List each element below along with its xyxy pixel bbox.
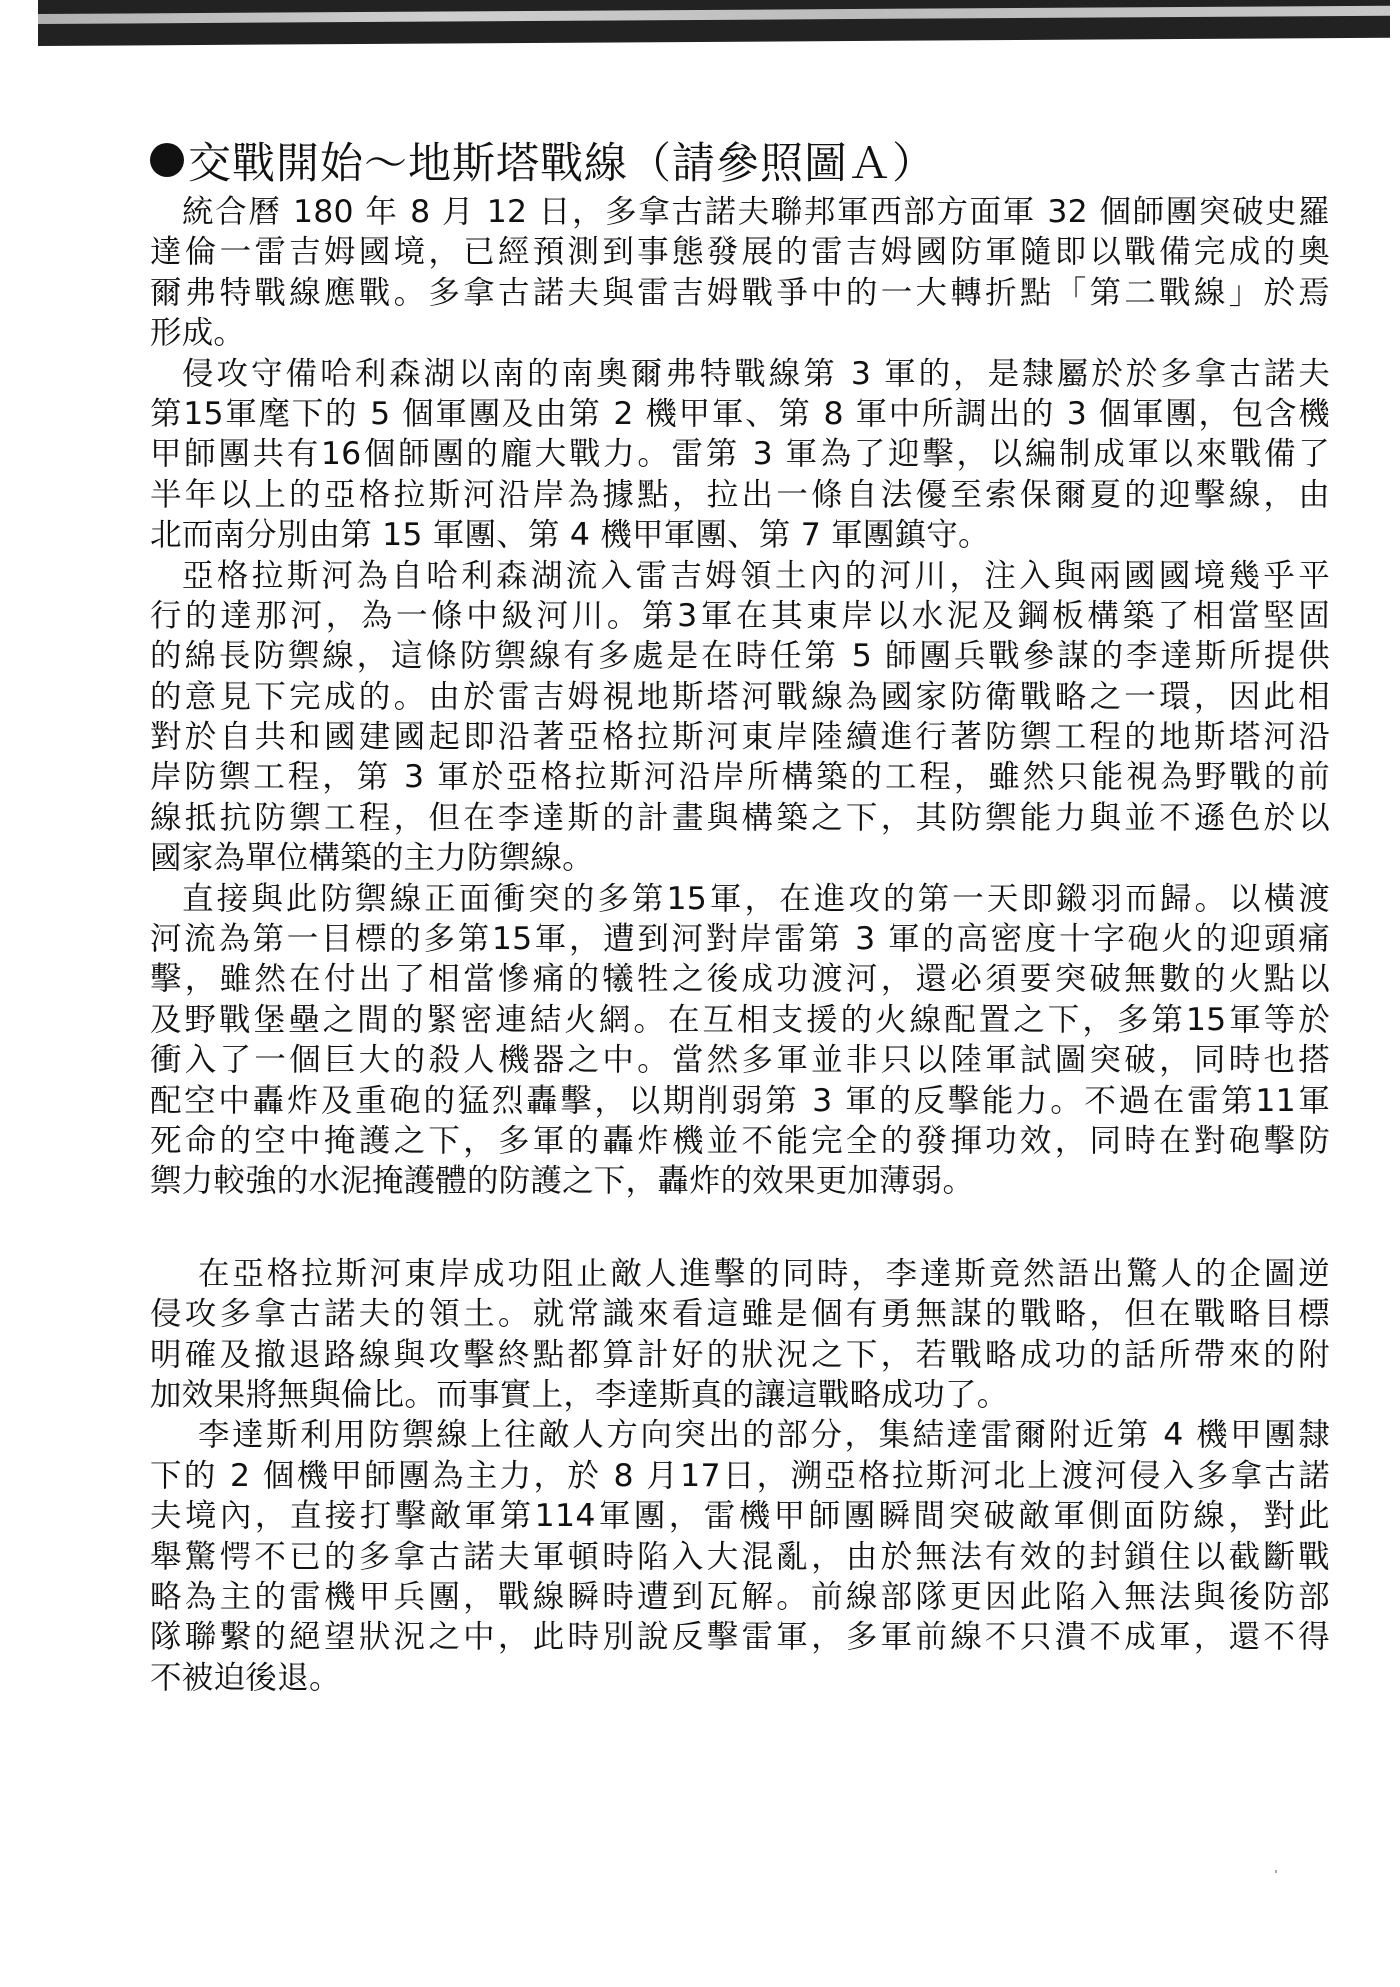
text-line: 達倫一雷吉姆國境，已經預測到事態發展的雷吉姆國防軍隨即以戰備完成的奧 [150, 232, 1330, 272]
text-line: 河流為第一目標的多第15軍，遭到河對岸雷第 3 軍的高密度十字砲火的迎頭痛 [150, 919, 1330, 959]
text-line: 禦力較強的水泥掩護體的防護之下，轟炸的效果更加薄弱。 [150, 1161, 1330, 1201]
text-line: 夫境內，直接打擊敵軍第114軍團，雷機甲師團瞬間突破敵軍側面防線，對此 [150, 1496, 1330, 1536]
text-line: 北而南分別由第 15 軍團、第 4 機甲軍團、第 7 軍團鎮守。 [150, 515, 1330, 555]
scan-speck [1038, 1302, 1040, 1305]
text-line: 侵攻守備哈利森湖以南的南奧爾弗特戰線第 3 軍的，是隸屬於於多拿古諾夫 [150, 354, 1330, 394]
text-line: 第15軍麾下的 5 個軍團及由第 2 機甲軍、第 8 軍中所調出的 3 個軍團，… [150, 394, 1330, 434]
text-line: 加效果將無與倫比。而事實上，李達斯真的讓這戰略成功了。 [150, 1375, 1330, 1415]
section-heading-text: 交戰開始～地斯塔戰線（請參照圖Ａ） [188, 130, 936, 191]
section-a-body: 統合曆 180 年 8 月 12 日，多拿古諾夫聯邦軍西部方面軍 32 個師團突… [150, 192, 1330, 1202]
text-line: 略為主的雷機甲兵團，戰線瞬時遭到瓦解。前線部隊更因此陷入無法與後防部 [150, 1577, 1330, 1617]
paragraph: 侵攻守備哈利森湖以南的南奧爾弗特戰線第 3 軍的，是隸屬於於多拿古諾夫 第15軍… [150, 354, 1330, 556]
text-line: 侵攻多拿古諾夫的領土。就常識來看這雖是個有勇無謀的戰略，但在戰略目標 [150, 1294, 1330, 1334]
text-line: 舉驚愕不已的多拿古諾夫軍頓時陷入大混亂，由於無法有效的封鎖住以截斷戰 [150, 1537, 1330, 1577]
section-heading: 交戰開始～地斯塔戰線（請參照圖Ａ） [150, 128, 1330, 192]
paragraph: 亞格拉斯河為自哈利森湖流入雷吉姆領土內的河川，注入與兩國國境幾乎平 行的達那河，… [150, 556, 1330, 879]
text-line: 不被迫後退。 [150, 1658, 1330, 1698]
text-line: 擊，雖然在付出了相當慘痛的犧牲之後成功渡河，還必須要突破無數的火點以 [150, 959, 1330, 999]
text-line: 形成。 [150, 313, 1330, 353]
section-b-body: 在亞格拉斯河東岸成功阻止敵人進擊的同時，李達斯竟然語出驚人的企圖逆 侵攻多拿古諾… [150, 1254, 1330, 1698]
text-line: 的綿長防禦線，這條防禦線有多處是在時任第 5 師團兵戰參謀的李達斯所提供 [150, 636, 1330, 676]
text-line: 衝入了一個巨大的殺人機器之中。當然多軍並非只以陸軍試圖突破，同時也搭 [150, 1040, 1330, 1080]
text-line: 統合曆 180 年 8 月 12 日，多拿古諾夫聯邦軍西部方面軍 32 個師團突… [150, 192, 1330, 232]
text-line: 下的 2 個機甲師團為主力，於 8 月17日，溯亞格拉斯河北上渡河侵入多拿古諾 [150, 1456, 1330, 1496]
text-line: 線抵抗防禦工程，但在李達斯的計畫與構築之下，其防禦能力與並不遜色於以 [150, 798, 1330, 838]
text-line: 明確及撤退路線與攻擊終點都算計好的狀況之下，若戰略成功的話所帶來的附 [150, 1335, 1330, 1375]
article: 交戰開始～地斯塔戰線（請參照圖Ａ） 統合曆 180 年 8 月 12 日，多拿古… [150, 128, 1330, 1698]
text-line: 配空中轟炸及重砲的猛烈轟擊，以期削弱第 3 軍的反擊能力。不過在雷第11軍 [150, 1081, 1330, 1121]
paragraph: 直接與此防禦線正面衝突的多第15軍，在進攻的第一天即鎩羽而歸。以橫渡 河流為第一… [150, 879, 1330, 1202]
text-line: 爾弗特戰線應戰。多拿古諾夫與雷吉姆戰爭中的一大轉折點「第二戰線」於焉 [150, 273, 1330, 313]
text-line: 死命的空中掩護之下，多軍的轟炸機並不能完全的發揮功效，同時在對砲擊防 [150, 1121, 1330, 1161]
text-line: 甲師團共有16個師團的龐大戰力。雷第 3 軍為了迎擊，以編制成軍以來戰備了 [150, 434, 1330, 474]
paragraph: 統合曆 180 年 8 月 12 日，多拿古諾夫聯邦軍西部方面軍 32 個師團突… [150, 192, 1330, 354]
text-line: 岸防禦工程，第 3 軍於亞格拉斯河沿岸所構築的工程，雖然只能視為野戰的前 [150, 757, 1330, 797]
black-circle-bullet-icon [150, 143, 184, 177]
section-spacer [150, 1202, 1330, 1254]
text-line: 隊聯繫的絕望狀況之中，此時別說反擊雷軍，多軍前線不只潰不成軍，還不得 [150, 1617, 1330, 1657]
text-line: 行的達那河，為一條中級河川。第3軍在其東岸以水泥及鋼板構築了相當堅固 [150, 596, 1330, 636]
paragraph: 李達斯利用防禦線上往敵人方向突出的部分，集結達雷爾附近第 4 機甲團隸 下的 2… [150, 1415, 1330, 1698]
text-line: 半年以上的亞格拉斯河沿岸為據點，拉出一條自法優至索保爾夏的迎擊線，由 [150, 475, 1330, 515]
text-line: 在亞格拉斯河東岸成功阻止敵人進擊的同時，李達斯竟然語出驚人的企圖逆 [150, 1254, 1330, 1294]
text-line: 對於自共和國建國起即沿著亞格拉斯河東岸陸續進行著防禦工程的地斯塔河沿 [150, 717, 1330, 757]
text-line: 及野戰堡壘之間的緊密連結火網。在互相支援的火線配置之下，多第15軍等於 [150, 1000, 1330, 1040]
text-line: 國家為單位構築的主力防禦線。 [150, 838, 1330, 878]
text-line: 的意見下完成的。由於雷吉姆視地斯塔河戰線為國家防衛戰略之一環，因此相 [150, 677, 1330, 717]
text-line: 直接與此防禦線正面衝突的多第15軍，在進攻的第一天即鎩羽而歸。以橫渡 [150, 879, 1330, 919]
scan-speck [1275, 1870, 1277, 1873]
text-line: 亞格拉斯河為自哈利森湖流入雷吉姆領土內的河川，注入與兩國國境幾乎平 [150, 556, 1330, 596]
paragraph: 在亞格拉斯河東岸成功阻止敵人進擊的同時，李達斯竟然語出驚人的企圖逆 侵攻多拿古諾… [150, 1254, 1330, 1416]
text-line: 李達斯利用防禦線上往敵人方向突出的部分，集結達雷爾附近第 4 機甲團隸 [150, 1415, 1330, 1455]
